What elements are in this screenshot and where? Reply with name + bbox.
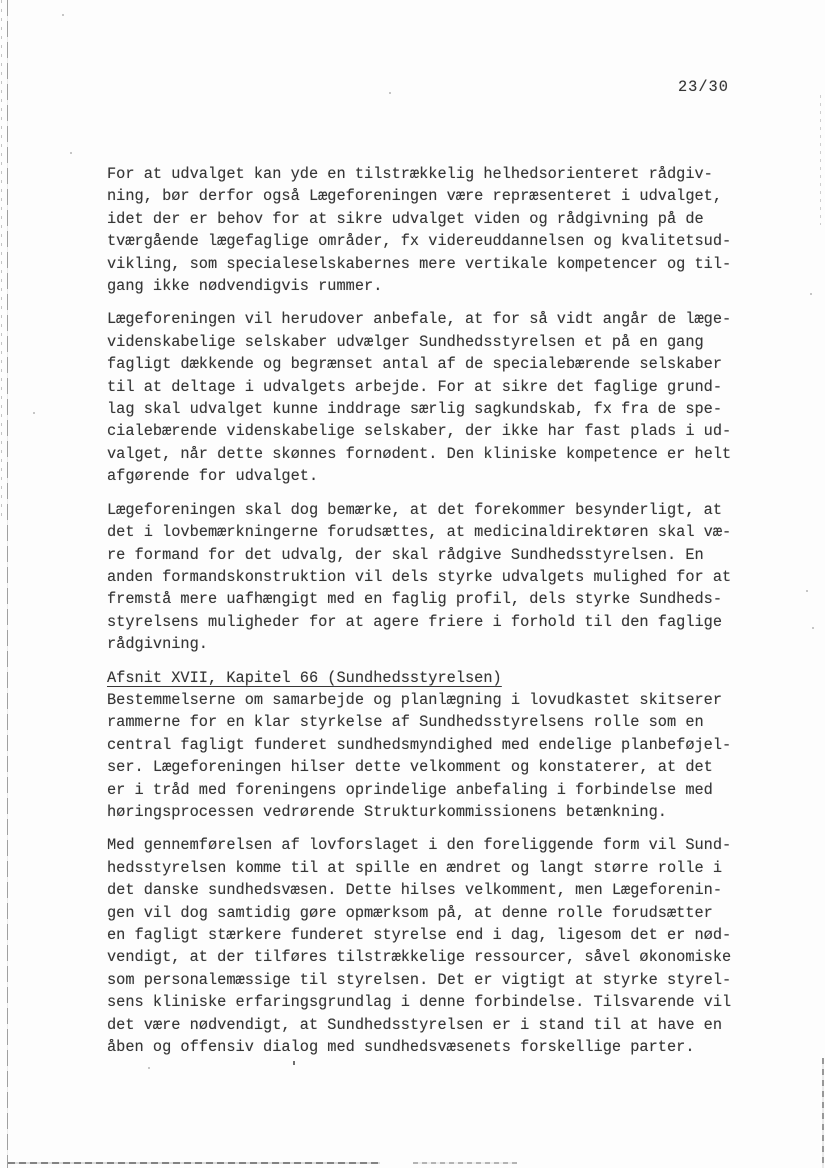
scan-speck	[810, 293, 812, 295]
body-paragraph: Lægeforeningen vil herudover anbefale, a…	[107, 308, 772, 487]
body-paragraph: For at udvalget kan yde en tilstrækkelig…	[107, 163, 772, 297]
scan-artifact-bottom-line	[413, 1162, 517, 1164]
scan-artifact-bottom-line	[8, 1162, 380, 1164]
scanned-document-page: 23/30 For at udvalget kan yde en tilstræ…	[0, 0, 825, 1168]
page-number: 23/30	[678, 78, 729, 96]
body-paragraph: Lægeforeningen skal dog bemærke, at det …	[107, 499, 772, 656]
scan-artifact-left-dots	[1, 0, 2, 520]
document-body: For at udvalget kan yde en tilstrækkelig…	[107, 163, 772, 1069]
scan-speck	[806, 590, 808, 592]
scan-speck	[33, 412, 35, 414]
scan-speck	[148, 1067, 150, 1069]
scan-speck	[70, 152, 72, 154]
scan-speck	[62, 14, 64, 16]
section-heading: Afsnit XVII, Kapitel 66 (Sundhedsstyrels…	[107, 667, 772, 689]
scan-artifact-left-line	[7, 0, 8, 1168]
scan-speck	[812, 627, 814, 629]
body-paragraph: Med gennemførelsen af lovforslaget i den…	[107, 834, 772, 1058]
scan-speck	[389, 92, 391, 94]
body-paragraph: Bestemmelserne om samarbejde og planlægn…	[107, 689, 772, 823]
scan-artifact-right-dots	[820, 95, 821, 225]
scan-artifact-right-mark	[822, 1058, 824, 1168]
scan-speck	[293, 1061, 295, 1065]
